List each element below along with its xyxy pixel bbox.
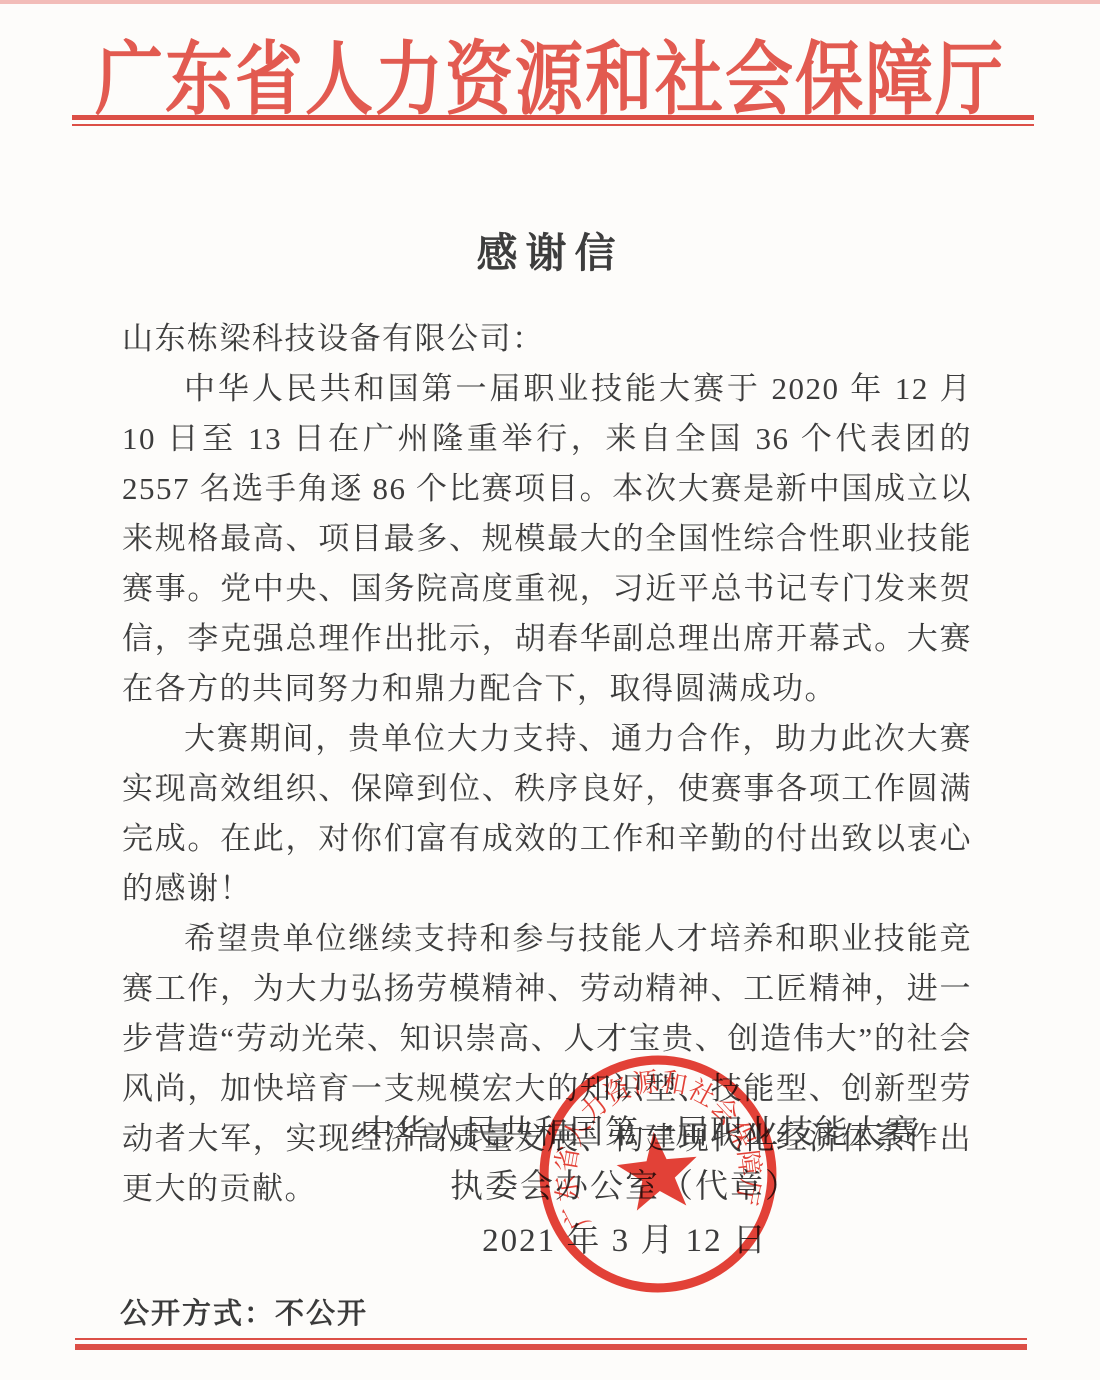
- signature-org-line2: 执委会办公室（代章）: [360, 1160, 890, 1214]
- letterhead-rule-thick: [72, 115, 1034, 120]
- letter-page: 广东省人力资源和社会保障厅 感谢信 山东栋梁科技设备有限公司： 中华人民共和国第…: [0, 0, 1100, 1380]
- document-title: 感谢信: [0, 220, 1100, 279]
- paragraph-2: 大赛期间，贵单位大力支持、通力合作，助力此次大赛实现高效组织、保障到位、秩序良好…: [122, 714, 972, 914]
- letterhead-rule-thin: [72, 124, 1034, 126]
- footer-rule: [75, 1338, 1027, 1350]
- letterhead-rule: [72, 115, 1034, 126]
- signature-org-line1: 中华人民共和国第一届职业技能大赛: [360, 1106, 890, 1160]
- footer-rule-thin: [75, 1338, 1027, 1340]
- signature-block: 中华人民共和国第一届职业技能大赛 执委会办公室（代章） 2021 年 3 月 1…: [360, 1106, 890, 1268]
- paragraph-1: 中华人民共和国第一届职业技能大赛于 2020 年 12 月 10 日至 13 日…: [122, 364, 972, 714]
- recipient-line: 山东栋梁科技设备有限公司：: [122, 314, 972, 364]
- letter-body: 山东栋梁科技设备有限公司： 中华人民共和国第一届职业技能大赛于 2020 年 1…: [122, 314, 972, 1214]
- letterhead: 广东省人力资源和社会保障厅: [0, 16, 1100, 113]
- signature-date: 2021 年 3 月 12 日: [360, 1214, 890, 1268]
- disclosure-line: 公开方式：不公开: [120, 1291, 368, 1332]
- agency-name: 广东省人力资源和社会保障厅: [0, 16, 1100, 130]
- top-scan-line: [0, 0, 1100, 4]
- footer-rule-thick: [75, 1344, 1027, 1350]
